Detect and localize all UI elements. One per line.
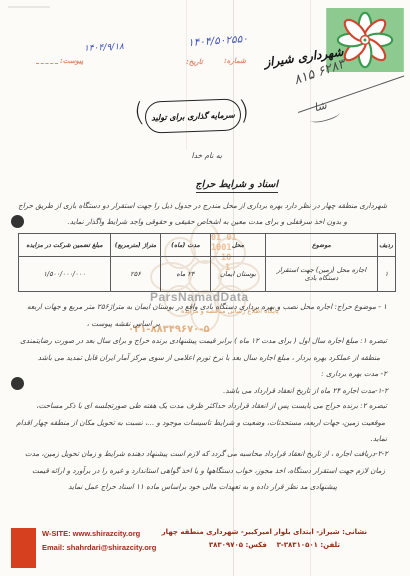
col-header-subject: موضوع — [266, 234, 378, 257]
footer-red-square — [11, 528, 36, 568]
doc-date-handwritten: ۱۴۰۴/۹/۱۸ — [84, 42, 124, 54]
clause-line: منطقه از عملکرد بهره بردار ، مبلغ اجاره … — [38, 353, 380, 362]
clause-line: پیشنهادی مد نظر قرار داده و به تعهدات ما… — [68, 482, 337, 491]
number-field-label: شماره: — [224, 57, 246, 65]
attachment-field-label: پیوست: — [60, 57, 83, 65]
clause-line: زمان لازم جهت استقرار دستگاه، اخذ مجوز، … — [32, 466, 385, 475]
col-header-location: محل — [211, 234, 266, 257]
intro-line: و بدون اخذ سرقفلی و برای مدت معین به اشخ… — [67, 217, 347, 226]
clause-line: تبصره ۱: مبلغ اجاره سال اول ( برای مدت ۱… — [20, 336, 387, 345]
col-header-row-number: ردیف — [378, 234, 396, 257]
hole-punch-top — [11, 215, 24, 228]
col-header-guarantee: مبلغ تضمین شرکت در مزایده — [19, 234, 111, 257]
auction-table: ردیف موضوع محل مدت (ماه) متراژ (مترمربع)… — [18, 233, 396, 292]
clause-line: ۱ - موضوع حراج: اجاره محل نصب و بهره برد… — [27, 302, 387, 311]
clause-line: ۲‏-‏۱‏-‏مدت اجاره ۲۴ ماه از تاریخ انعقاد… — [223, 386, 388, 395]
stamp-text: سرمایه گذاری برای تولید — [151, 110, 235, 122]
footer-address: نشانی: شیراز- ابتدای بلوار امیرکبیر- شهر… — [162, 528, 367, 536]
table-row: ۱ اجاره محل (زمین) جهت استقرار دستگاه با… — [19, 257, 396, 292]
col-header-area: متراژ (مترمربع) — [111, 234, 161, 257]
clause-line: تبصره ۲: برنده حراج می بایست پس از انعقا… — [36, 401, 387, 410]
footer-email: Email: shahrdari@shirazcity.org — [42, 543, 156, 552]
intro-line: شهرداری منطقه چهار در نظر دارد بهره بردا… — [18, 201, 387, 210]
cell-duration: ۲۴ ماه — [161, 257, 211, 292]
scanner-mark — [8, 6, 50, 8]
investment-stamp: سرمایه گذاری برای تولید — [144, 98, 241, 133]
footer-tel-fax: تلفن: ۳۸۳۱۰۵۰۱-۳ فکس: ۳۸۳۰۹۷۰۵ — [209, 541, 340, 549]
date-field-label: تاریخ: — [186, 58, 203, 66]
cell-location: بوستان ایمان — [211, 257, 266, 292]
cell-subject: اجاره محل (زمین) جهت استقرار دستگاه بادی — [266, 257, 378, 292]
attachment-dotted-line — [36, 63, 58, 64]
clause-line: موقعیت زمین، جهات اربعه، مستحدثات، وضعیت… — [16, 418, 385, 427]
clause-line: ۲‏-‏۲‏-‏دریافت اجاره ، از تاریخ انعقاد ق… — [25, 449, 388, 458]
scanned-auction-document: 01 01 1001 10 1 ParsNamadData پایگاه اطل… — [0, 0, 410, 576]
col-header-duration: مدت (ماه) — [161, 234, 211, 257]
doc-number-handwritten: ۱۴۰۴/۵۰۲۵۵۰ — [188, 33, 249, 49]
clause-line: ۲- مدت بهره برداری : — [321, 369, 387, 378]
clause-line: نماید. — [371, 434, 387, 443]
cell-area: ۲۵۶ — [111, 257, 161, 292]
table-header-row: ردیف موضوع محل مدت (ماه) متراژ (مترمربع)… — [19, 234, 396, 257]
clause-line: بر اساس نقشه پیوست ، — [87, 319, 160, 328]
cell-row-number: ۱ — [378, 257, 396, 292]
doc-title: اسناد و شرایط حراج — [196, 179, 279, 193]
hole-punch-bottom — [11, 377, 24, 390]
bismillah: به نام خدا — [191, 151, 222, 160]
footer-website: W-SITE: www.shirazcity.org — [42, 529, 140, 538]
stamp-left-flourish: ( — [133, 100, 146, 127]
cell-guarantee: ۱/۵۰۰/۰۰۰/۰۰۰ — [19, 257, 111, 292]
